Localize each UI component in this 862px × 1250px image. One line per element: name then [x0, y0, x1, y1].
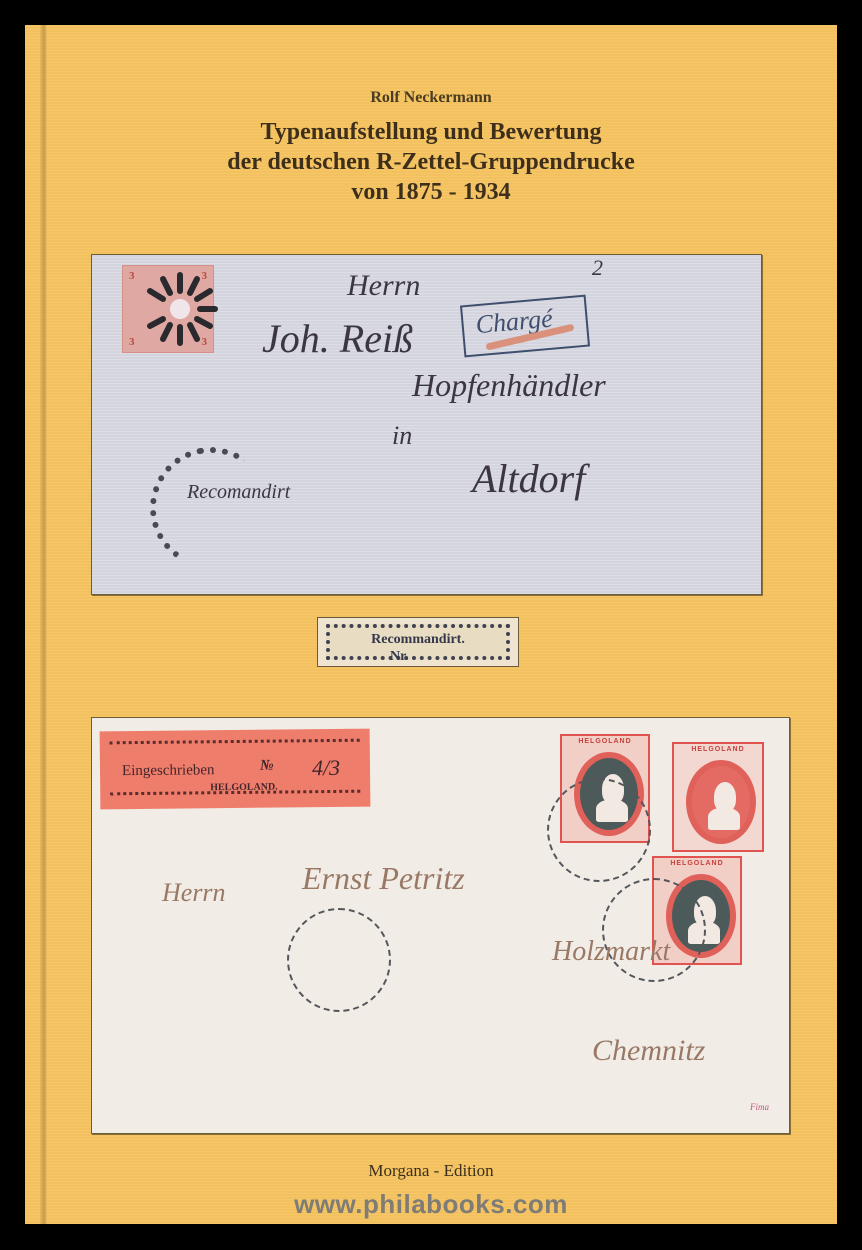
pencil-note: Fima: [750, 1102, 769, 1112]
postmark-circle-1: [547, 778, 651, 882]
book-title: Typenaufstellung und Bewertung der deuts…: [25, 117, 837, 207]
handwriting-herrn: Herrn: [162, 878, 226, 908]
mill-wheel-cancel-icon: [140, 269, 220, 349]
title-line-3: von 1875 - 1934: [25, 177, 837, 207]
charge-handstamp: Chargé: [460, 295, 590, 358]
handwriting-herrn: Herrn: [347, 269, 420, 303]
handwriting-name: Joh. Reiß: [262, 315, 413, 362]
handwriting-name: Ernst Petritz: [302, 860, 465, 897]
title-line-2: der deutschen R-Zettel-Gruppendrucke: [25, 147, 837, 177]
author-name: Rolf Neckermann: [25, 89, 837, 107]
handwriting-town: Altdorf: [472, 455, 585, 502]
website-watermark: www.philabooks.com: [25, 1189, 837, 1220]
upper-envelope-image: 3 3 3 3 2 Herrn Joh. Reiß Hopf: [91, 254, 762, 595]
half-circle-postmark: [140, 437, 281, 578]
handwriting-street: Holzmarkt: [552, 936, 670, 968]
book-cover: Rolf Neckermann Typenaufstellung und Bew…: [25, 25, 837, 1224]
helgoland-stamp-10: HELGOLAND: [672, 742, 764, 852]
publisher-name: Morgana - Edition: [25, 1161, 837, 1181]
handwriting-town: Chemnitz: [592, 1034, 705, 1068]
eingeschrieben-label: Eingeschrieben № 4/3 HELGOLAND.: [100, 729, 371, 810]
handwriting-occupation: Hopfenhändler: [412, 367, 606, 404]
handwriting-in: in: [392, 421, 412, 451]
title-line-1: Typenaufstellung und Bewertung: [25, 117, 837, 147]
postmark-circle-3: [287, 908, 391, 1012]
recommandirt-label: Recommandirt. Nr.: [317, 617, 519, 667]
lower-envelope-image: Eingeschrieben № 4/3 HELGOLAND. HELGOLAN…: [91, 717, 790, 1134]
